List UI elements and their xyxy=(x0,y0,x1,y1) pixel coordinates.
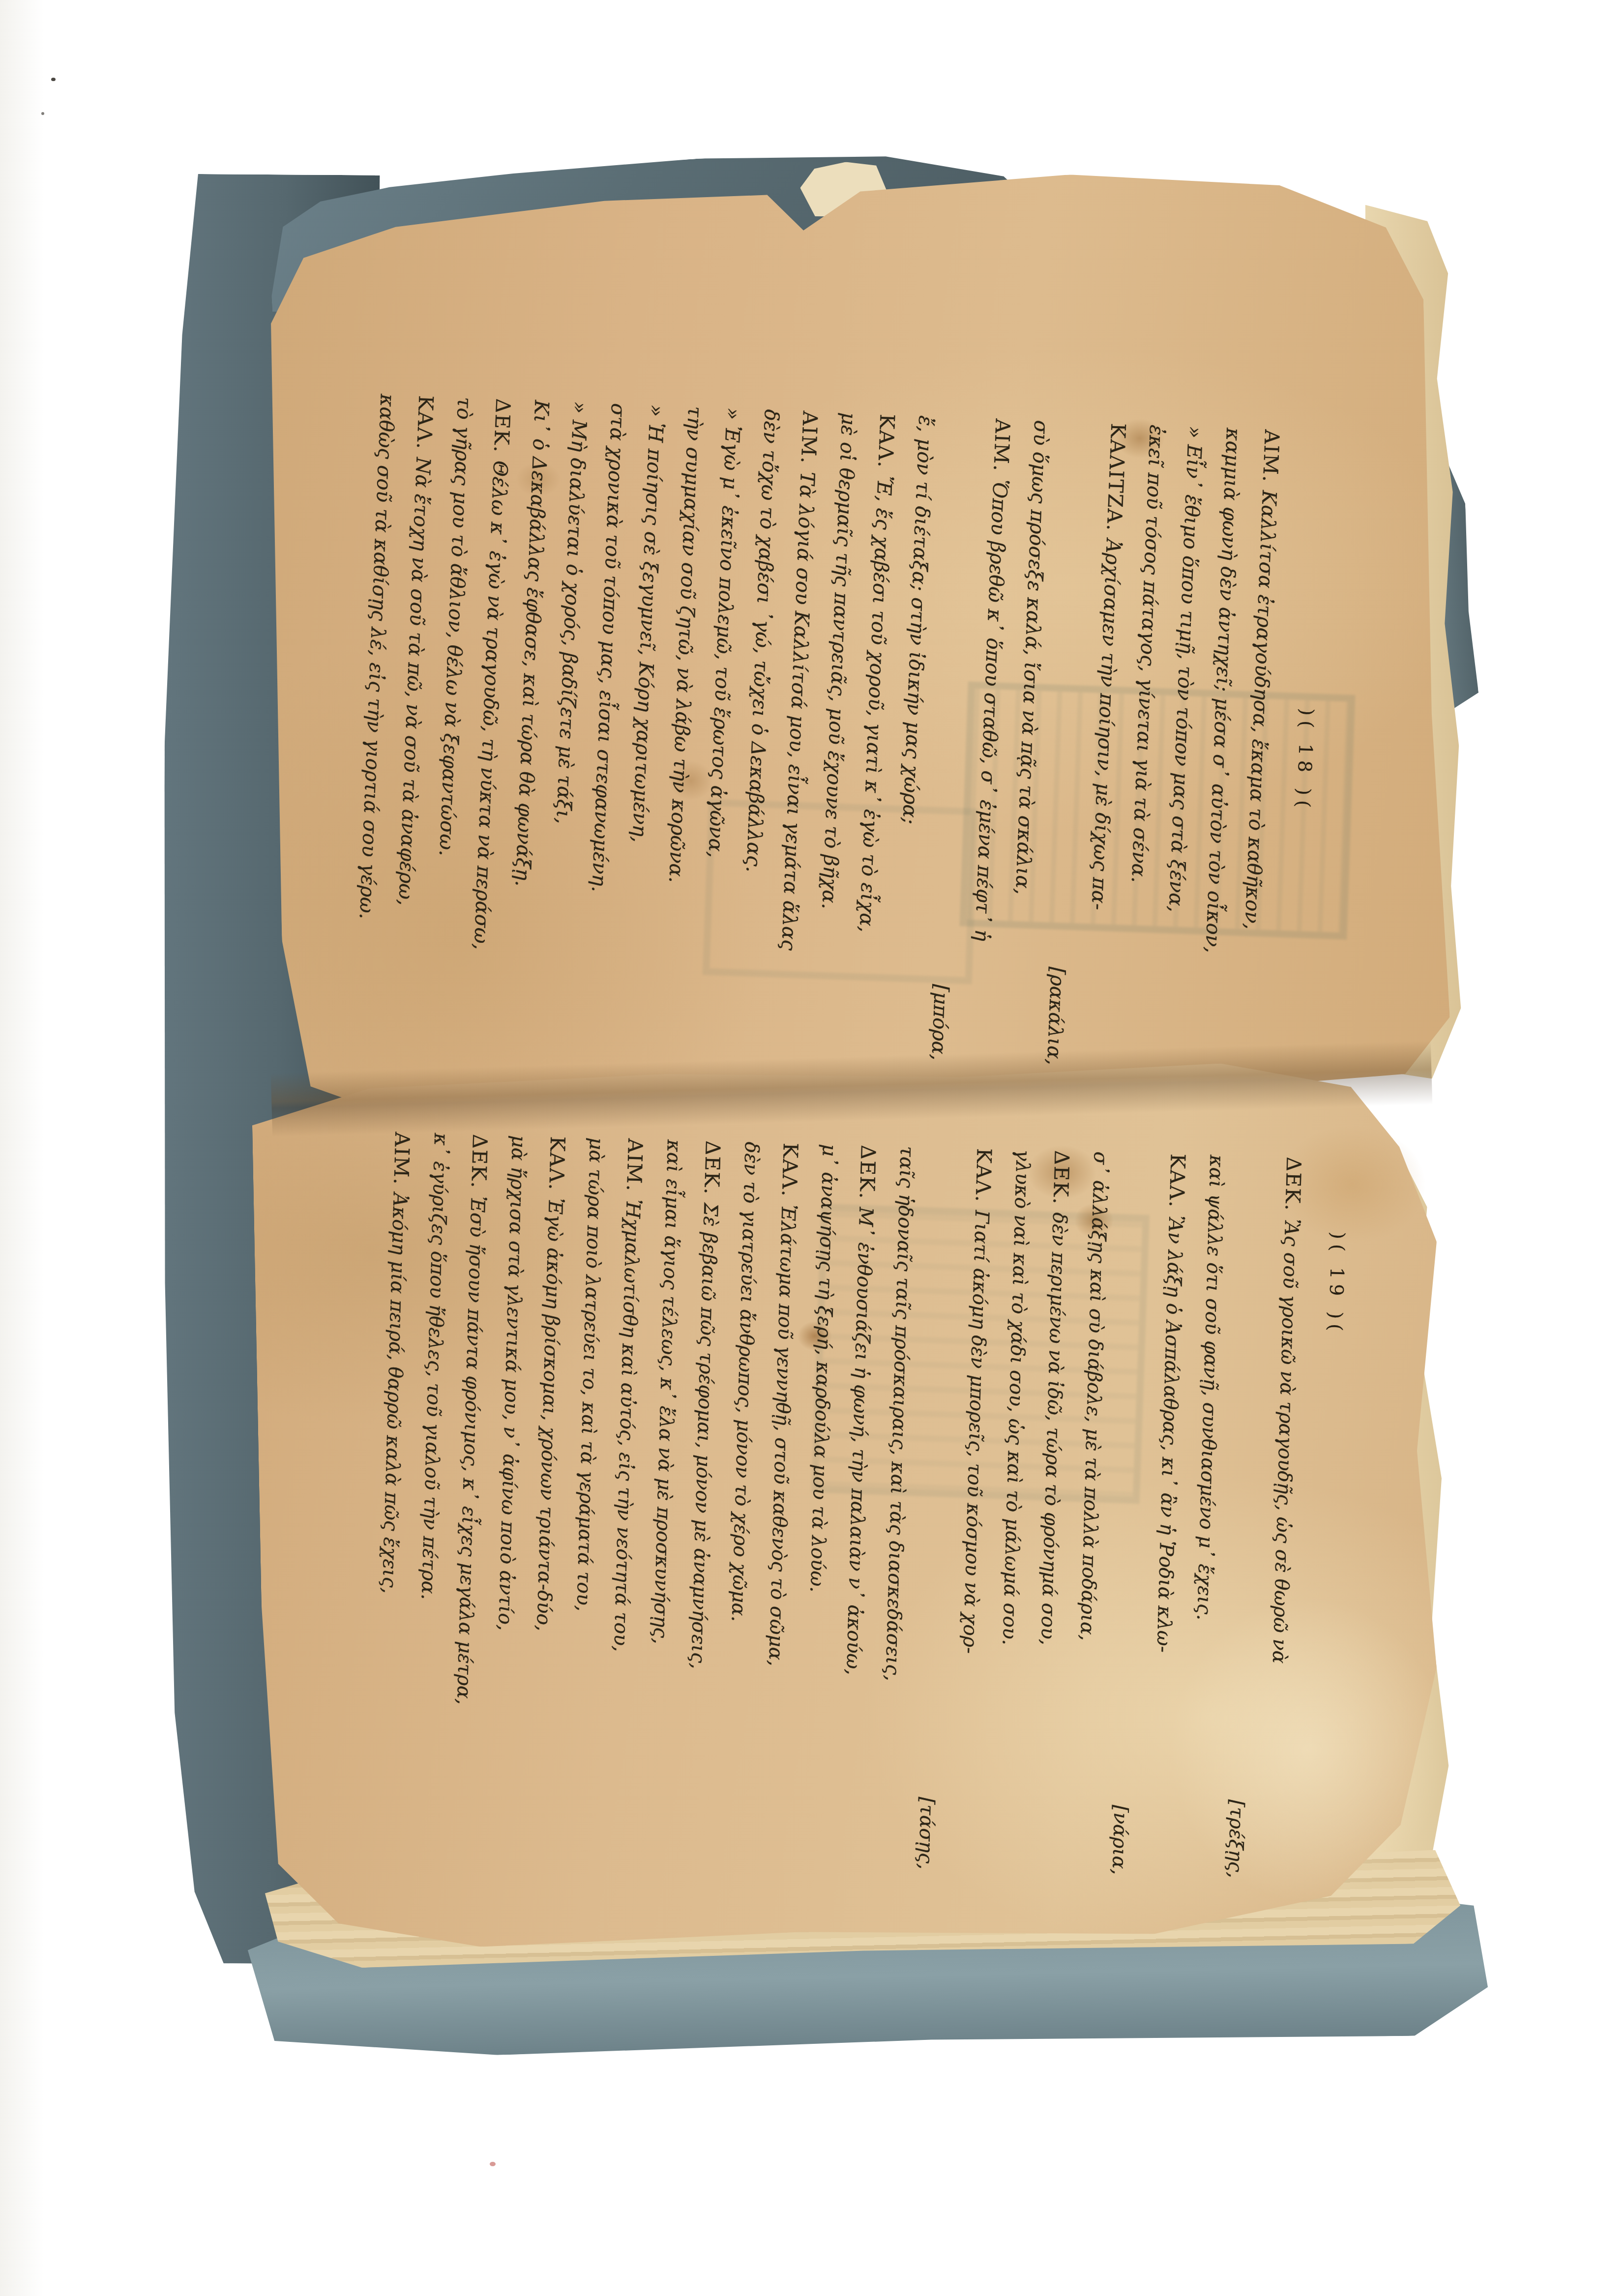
verse-text: [τρέξῃς, xyxy=(1224,1800,1248,1879)
verse-text: μὰ ἤρχισα στὰ γλεντικά μου, ν᾽ ἀφίνω ποι… xyxy=(494,1135,530,1631)
speaker-label: ΔΕΚ. xyxy=(467,1134,492,1197)
verse-text: Ἂς σοῦ γροικῶ νὰ τραγουδῇς, ὡς σὲ θωρῶ ν… xyxy=(1268,1219,1302,1664)
verse-text: Σὲ βεβαιῶ πῶς τρέφομαι, μόνον μὲ ἀναμνήσ… xyxy=(686,1202,721,1669)
page-19-text: )( 19 )( ΔΕΚ. Ἂς σοῦ γροικῶ νὰ τραγουδῇς… xyxy=(378,1132,1367,1896)
speaker-label: ΑΙΜ. xyxy=(1258,429,1284,491)
speaker-label: ΚΑΛ. xyxy=(412,395,438,458)
verse-text: ταῖς ἡδοναῖς ταῖς πρόσκαιραις, καὶ τὰς δ… xyxy=(881,1146,918,1682)
verse-text: Γιατί ἀκόμη δὲν μπορεῖς, τοῦ κόσμου νὰ χ… xyxy=(958,1210,993,1654)
speaker-label: ΚΑΛ. xyxy=(1164,1153,1189,1216)
verse-text: καὶ ψάλλε ὅτι σοῦ φανῇ, συνθιασμένο μ᾽ ἔ… xyxy=(1192,1155,1227,1621)
scan-background: )( 18 )( ΑΙΜ. Καλλίτσα ἐτραγούδησα, ἔκαμ… xyxy=(0,0,1624,2296)
speaker-label: ΚΑΛ. xyxy=(544,1136,569,1198)
verse-text: μὰ τώρα ποιὸ λατρεύει το, καὶ τὰ γεράματ… xyxy=(572,1137,607,1612)
verse-text: δὲν τὸ γιατρεύει ἄνθρωπος, μόνον τὸ χέρο… xyxy=(727,1141,763,1622)
speaker-label: ΚΑΛ. xyxy=(777,1142,802,1205)
verse-text: [νάρια, xyxy=(1108,1804,1132,1875)
verse-text: Μ᾽ ἐνθουσιάζει ἡ φωνή, τὴν παλαιὰν ν᾽ ἀκ… xyxy=(842,1207,877,1675)
speaker-label: ΚΑΛΙΤΖΑ. xyxy=(1102,423,1130,539)
verse-text: καὶ εἶμαι ἅγιος τέλεως, κ᾽ ἔλα νὰ μὲ προ… xyxy=(649,1139,685,1645)
verse-text: [ρακάλια, xyxy=(1042,966,1069,1066)
page-18-lines: ΑΙΜ. Καλλίτσα ἐτραγούδησα, ἔκαμα τὸ καθῆ… xyxy=(342,393,1291,1088)
verse-text: Ἠχμαλωτίσθη καὶ αὐτός, εἰς τὴν νεότητά τ… xyxy=(609,1199,644,1652)
speaker-label: ΔΕΚ. xyxy=(700,1140,725,1203)
book: )( 18 )( ΑΙΜ. Καλλίτσα ἐτραγούδησα, ἔκαμ… xyxy=(0,0,1624,2296)
verse-text: δὲν περιμένω νὰ ἰδῶ, τώρα τὸ φρόνημά σου… xyxy=(1036,1212,1071,1646)
verse-text: Ἀκόμη μία πειρά, θαρρῶ καλὰ πῶς ἔχεις, xyxy=(378,1192,411,1594)
verse-text: γλυκὸ ναὶ καὶ τὸ χάδι σου, ὡς καὶ τὸ μάλ… xyxy=(998,1149,1034,1646)
verse-text: Ἐλάτωμα ποῦ γεννηθῇ, στοῦ καθενὸς τὸ σῶμ… xyxy=(764,1204,799,1666)
speaker-label: ΔΕΚ. xyxy=(489,398,515,461)
verse-text: Ἐγὼ ἀκόμη βρίσκομαι, χρόνων τριάντα-δύο, xyxy=(532,1198,566,1631)
speaker-label: ΔΕΚ. xyxy=(855,1145,880,1208)
verse-text: Ἐσὺ ἤσουν πάντα φρόνιμος, κ᾽ εἶχες μεγάλ… xyxy=(452,1196,489,1705)
verse-text: κ᾽ ἐγύριζες ὅπου ἤθελες, τοῦ γιαλοῦ τὴν … xyxy=(417,1133,452,1600)
verse-text: Ἂν λάξῃ ὁ Ἀσπάλαθρας, κι᾽ ἂν ἡ Ῥοδιὰ κλω… xyxy=(1152,1215,1186,1653)
speaker-label: ΑΙΜ. xyxy=(389,1132,414,1193)
page-19-lines: ΔΕΚ. Ἂς σοῦ γροικῶ νὰ τραγουδῇς, ὡς σὲ θ… xyxy=(361,1132,1313,1894)
verse-text: μ᾽ ἀναψήσῃς τὴ ξερή, καρδούλα μου τὰ λού… xyxy=(806,1144,840,1593)
verse-text: [μπόρα, xyxy=(927,984,952,1061)
verse-text: Ἀρχίσαμεν τὴν ποίησιν, μὲ δίχως πα- xyxy=(1087,539,1124,911)
page-18-text: )( 18 )( ΑΙΜ. Καλλίτσα ἐτραγούδησα, ἔκαμ… xyxy=(361,394,1345,1090)
verse-text: σ᾽ ἀλλάξῃς καὶ σὺ διάβολε, μὲ τὰ πολλὰ π… xyxy=(1076,1151,1112,1641)
speaker-label: ΚΑΛ. xyxy=(971,1148,996,1210)
verse-text: [τάσῃς, xyxy=(914,1797,938,1870)
speaker-label: ΑΙΜ. xyxy=(796,410,822,472)
speaker-label: ΔΕΚ. xyxy=(1048,1150,1074,1213)
speaker-label: ΑΙΜ. xyxy=(622,1138,647,1200)
speaker-label: ΔΕΚ. xyxy=(1280,1157,1306,1220)
speaker-label: ΑΙΜ. xyxy=(989,418,1015,480)
speaker-label: ΚΑΛ. xyxy=(873,413,899,476)
